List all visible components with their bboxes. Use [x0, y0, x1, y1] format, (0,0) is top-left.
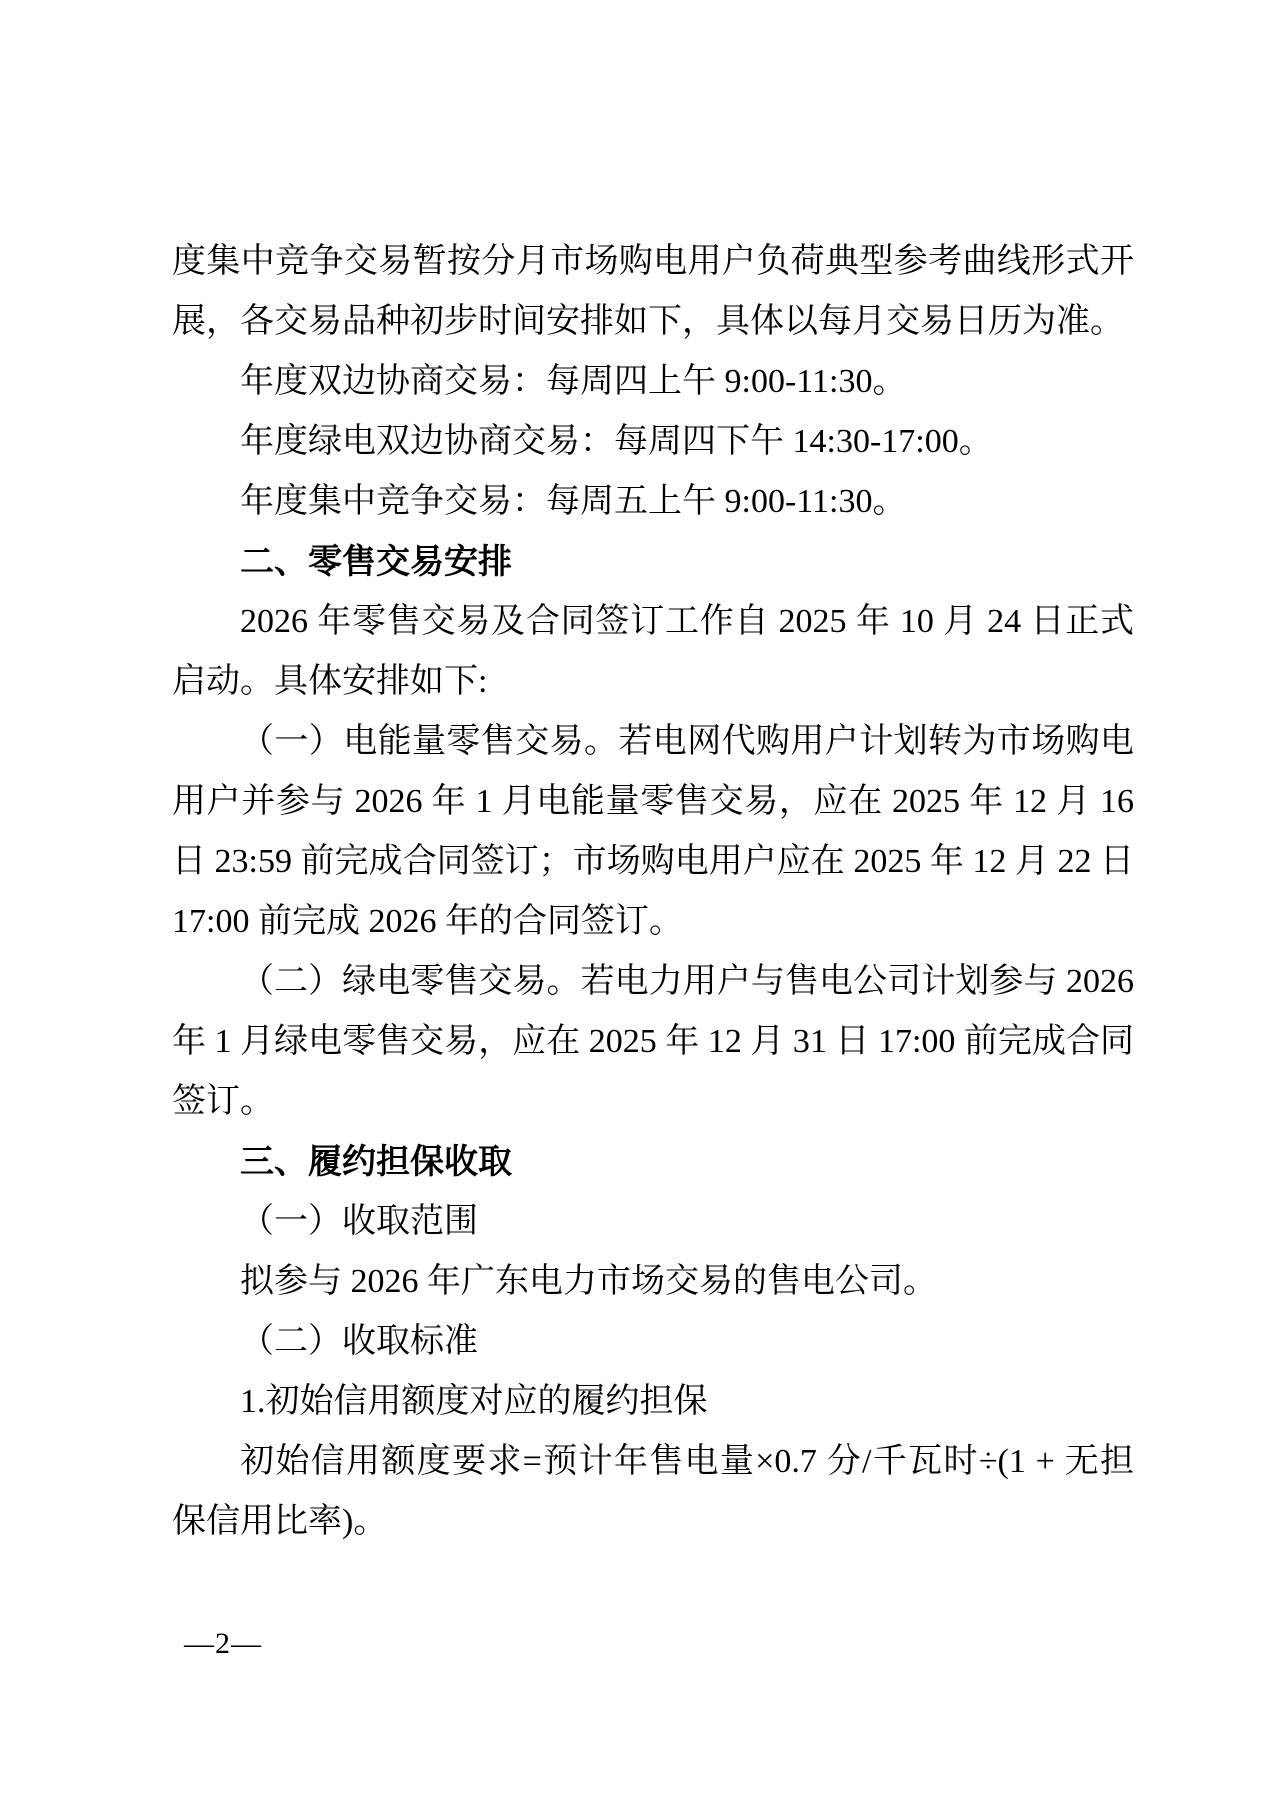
document-page: 度集中竞争交易暂按分月市场购电用户负荷典型参考曲线形式开展，各交易品种初步时间安…: [0, 0, 1280, 1810]
document-body: 度集中竞争交易暂按分月市场购电用户负荷典型参考曲线形式开展，各交易品种初步时间安…: [172, 232, 1134, 1552]
list-item-annual-green-bilateral: 年度绿电双边协商交易：每周四下午 14:30-17:00。: [172, 412, 1134, 472]
paragraph-green-retail: （二）绿电零售交易。若电力用户与售电公司计划参与 2026 年 1 月绿电零售交…: [172, 952, 1134, 1132]
paragraph-collection-scope: 拟参与 2026 年广东电力市场交易的售电公司。: [172, 1252, 1134, 1312]
list-item-annual-centralized: 年度集中竞争交易：每周五上午 9:00-11:30。: [172, 472, 1134, 532]
paragraph-initial-credit-title: 1.初始信用额度对应的履约担保: [172, 1372, 1134, 1432]
section-heading-performance-guarantee: 三、履约担保收取: [172, 1132, 1134, 1192]
subheading-collection-scope: （一）收取范围: [172, 1192, 1134, 1252]
paragraph-continuation: 度集中竞争交易暂按分月市场购电用户负荷典型参考曲线形式开展，各交易品种初步时间安…: [172, 232, 1134, 352]
subheading-collection-standard: （二）收取标准: [172, 1312, 1134, 1372]
paragraph-energy-retail: （一）电能量零售交易。若电网代购用户计划转为市场购电用户并参与 2026 年 1…: [172, 712, 1134, 952]
paragraph-retail-start: 2026 年零售交易及合同签订工作自 2025 年 10 月 24 日正式启动。…: [172, 592, 1134, 712]
section-heading-retail-trading: 二、零售交易安排: [172, 532, 1134, 592]
page-number: —2—: [184, 1624, 262, 1664]
paragraph-credit-formula: 初始信用额度要求=预计年售电量×0.7 分/千瓦时÷(1 + 无担保信用比率)。: [172, 1432, 1134, 1552]
list-item-annual-bilateral: 年度双边协商交易：每周四上午 9:00-11:30。: [172, 352, 1134, 412]
